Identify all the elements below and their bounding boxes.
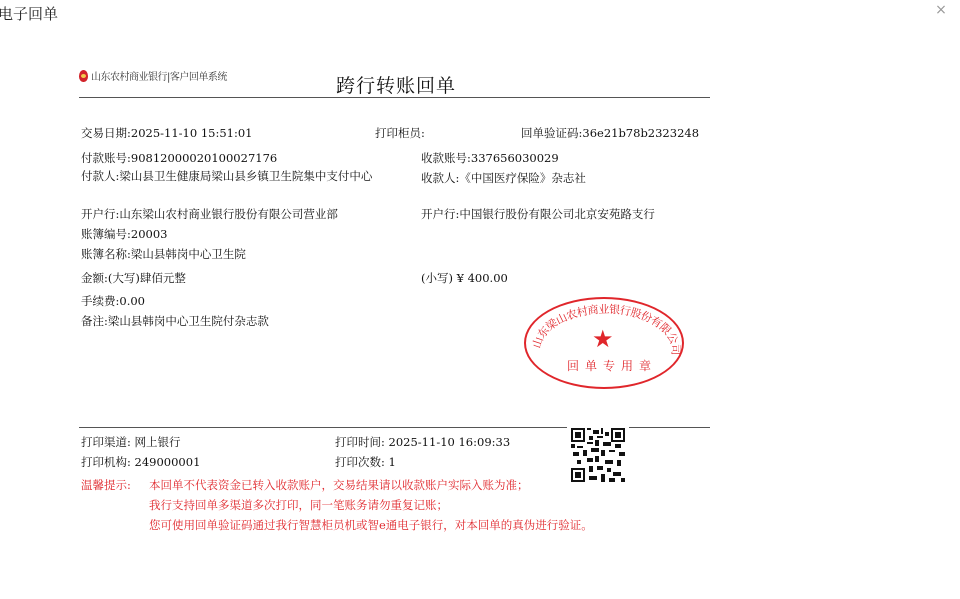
remark: 备注:梁山县韩岗中心卫生院付杂志款 bbox=[81, 313, 269, 329]
payee-name: 收款人:《中国医疗保险》杂志社 bbox=[421, 170, 586, 186]
verify-code: 回单验证码:36e21b78b2323248 bbox=[521, 125, 699, 141]
qr-code-icon bbox=[571, 428, 625, 482]
ledger-number: 账簿编号:20003 bbox=[81, 226, 167, 242]
print-organization: 打印机构: 249000001 bbox=[81, 454, 200, 470]
stamp-label: 回单专用章 bbox=[567, 357, 657, 374]
tip-line: 我行支持回单多渠道多次打印，同一笔账务请勿重复记账； bbox=[149, 497, 448, 513]
bank-logo-text: 山东农村商业银行|客户回单系统 bbox=[91, 68, 227, 83]
footer-divider-left bbox=[79, 427, 567, 428]
payer-name: 付款人:梁山县卫生健康局梁山县乡镇卫生院集中支付中心 bbox=[81, 169, 377, 183]
print-channel: 打印渠道: 网上银行 bbox=[81, 434, 181, 450]
tips-label: 温馨提示: bbox=[81, 477, 131, 493]
bank-logo: 山东农村商业银行|客户回单系统 bbox=[79, 68, 227, 83]
header-divider bbox=[79, 97, 710, 98]
trade-date: 交易日期:2025-11-10 15:51:01 bbox=[81, 125, 252, 141]
payee-account: 收款账号:337656030029 bbox=[421, 150, 559, 166]
payer-bank: 开户行:山东梁山农村商业银行股份有限公司营业部 bbox=[81, 206, 338, 222]
ledger-name: 账簿名称:梁山县韩岗中心卫生院 bbox=[81, 246, 246, 262]
amount-lowercase: (小写) ¥ 400.00 bbox=[421, 270, 508, 286]
receipt-document: 山东农村商业银行|客户回单系统 跨行转账回单 交易日期:2025-11-10 1… bbox=[0, 0, 960, 599]
document-title: 跨行转账回单 bbox=[336, 71, 456, 98]
fee: 手续费:0.00 bbox=[81, 293, 145, 309]
print-count: 打印次数: 1 bbox=[335, 454, 396, 470]
tip-line: 您可使用回单验证码通过我行智慧柜员机或智e通电子银行，对本回单的真伪进行验证。 bbox=[149, 517, 593, 533]
print-teller: 打印柜员: bbox=[375, 125, 425, 141]
footer-divider-right bbox=[629, 427, 710, 428]
payee-bank: 开户行:中国银行股份有限公司北京安苑路支行 bbox=[421, 206, 655, 222]
tip-line: 本回单不代表资金已转入收款账户，交易结果请以收款账户实际入账为准； bbox=[149, 477, 529, 493]
print-time: 打印时间: 2025-11-10 16:09:33 bbox=[335, 434, 510, 450]
bank-logo-icon bbox=[79, 70, 88, 82]
official-stamp: 山东梁山农村商业银行股份有限公司 ★ 回单专用章 bbox=[524, 297, 684, 389]
payer-account: 付款账号:90812000020100027176 bbox=[81, 150, 277, 166]
star-icon: ★ bbox=[592, 327, 614, 351]
amount-uppercase: 金额:(大写)肆佰元整 bbox=[81, 270, 186, 286]
